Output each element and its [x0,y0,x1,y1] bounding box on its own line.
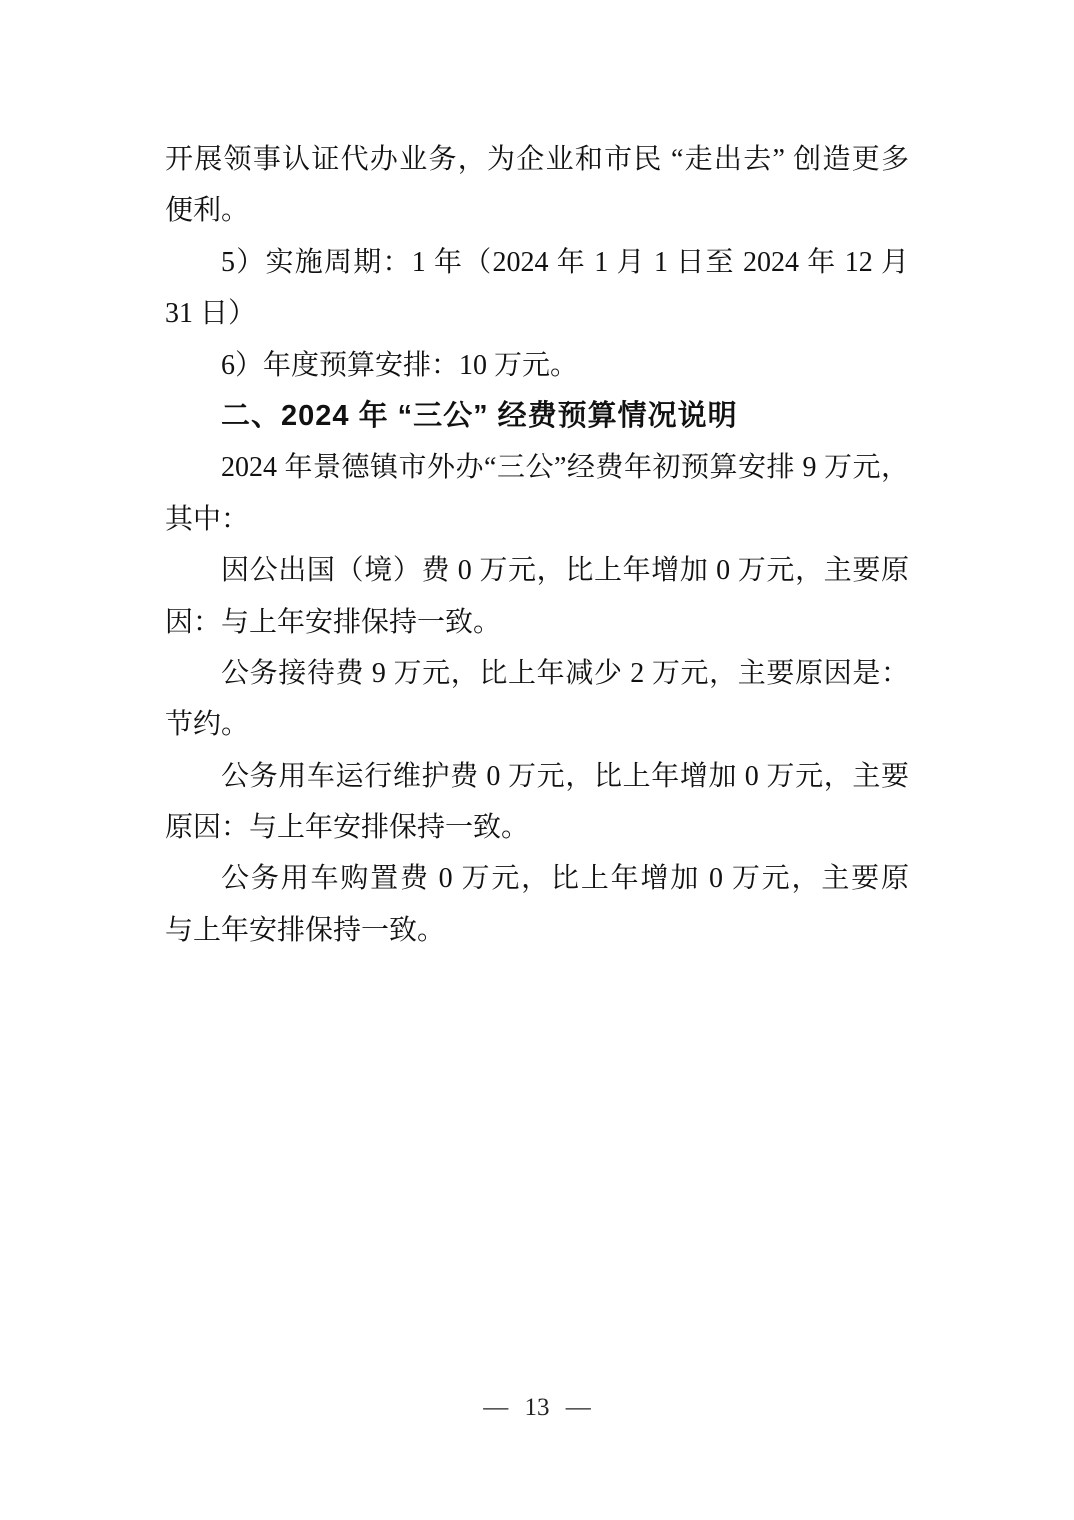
document-text-line: 因公出国（境）费 0 万元，比上年增加 0 万元，主要原 [165,545,909,596]
document-text-line: 6）年度预算安排：10 万元。 [165,340,909,391]
document-text-line: 公务用车运行维护费 0 万元，比上年增加 0 万元，主要 [165,751,909,802]
document-text-line: 因：与上年安排保持一致。 [165,597,909,648]
document-page: 开展领事认证代办业务，为企业和市民 “走出去” 创造更多便利。5）实施周期：1 … [0,0,1074,1520]
document-text-line: 其中： [165,494,909,545]
document-text-line: 与上年安排保持一致。 [165,905,909,956]
document-text-line: 便利。 [165,185,909,236]
document-text-line: 公务接待费 9 万元，比上年减少 2 万元，主要原因是：厉行 [165,648,909,699]
document-text-line: 公务用车购置费 0 万元，比上年增加 0 万元，主要原因： [165,853,909,904]
document-text-line: 5）实施周期：1 年（2024 年 1 月 1 日至 2024 年 12 月 [165,237,909,288]
document-text-line: 开展领事认证代办业务，为企业和市民 “走出去” 创造更多 [165,134,909,185]
document-text-line: 31 日） [165,288,909,339]
section-heading-line: 二、2024 年 “三公” 经费预算情况说明 [165,391,909,442]
document-body: 开展领事认证代办业务，为企业和市民 “走出去” 创造更多便利。5）实施周期：1 … [165,134,909,956]
document-text-line: 节约。 [165,699,909,750]
document-text-line: 原因：与上年安排保持一致。 [165,802,909,853]
page-number: — 13 — [0,1394,1074,1422]
document-text-line: 2024 年景德镇市外办“三公”经费年初预算安排 9 万元， [165,442,909,493]
